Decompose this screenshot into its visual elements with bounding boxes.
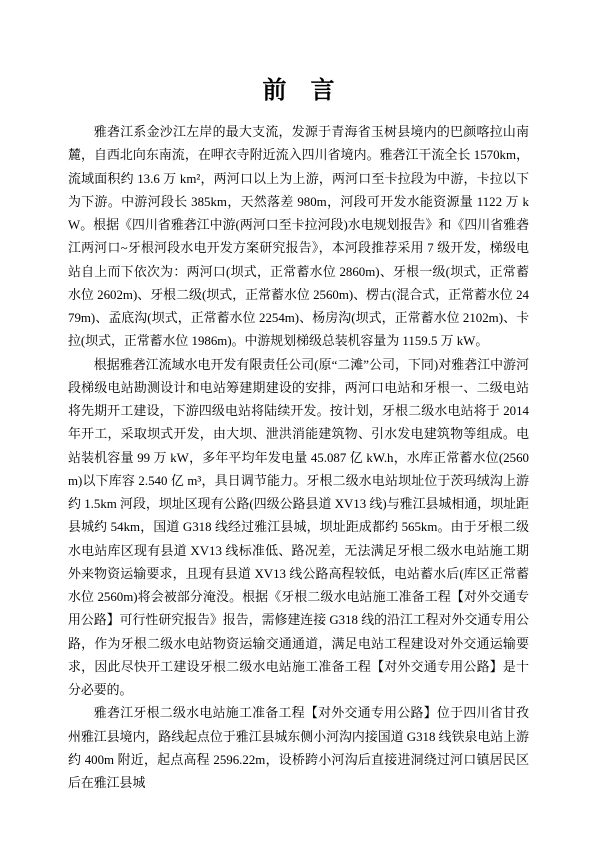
document-page: 前 言 雅砻江系金沙江左岸的最大支流，发源于青海省玉树县境内的巴颜喀拉山南麓，自… [0,0,595,842]
paragraph-road-location: 雅砻江牙根二级水电站施工准备工程【对外交通专用公路】位于四川省甘孜州雅江县境内，… [68,702,529,795]
paragraph-river-overview: 雅砻江系金沙江左岸的最大支流，发源于青海省玉树县境内的巴颜喀拉山南麓，自西北向东… [68,121,529,354]
paragraph-project-background: 根据雅砻江流域水电开发有限责任公司(原“二滩”公司，下同)对雅砻江中游河段梯级电… [68,354,529,703]
page-title: 前 言 [68,76,529,106]
